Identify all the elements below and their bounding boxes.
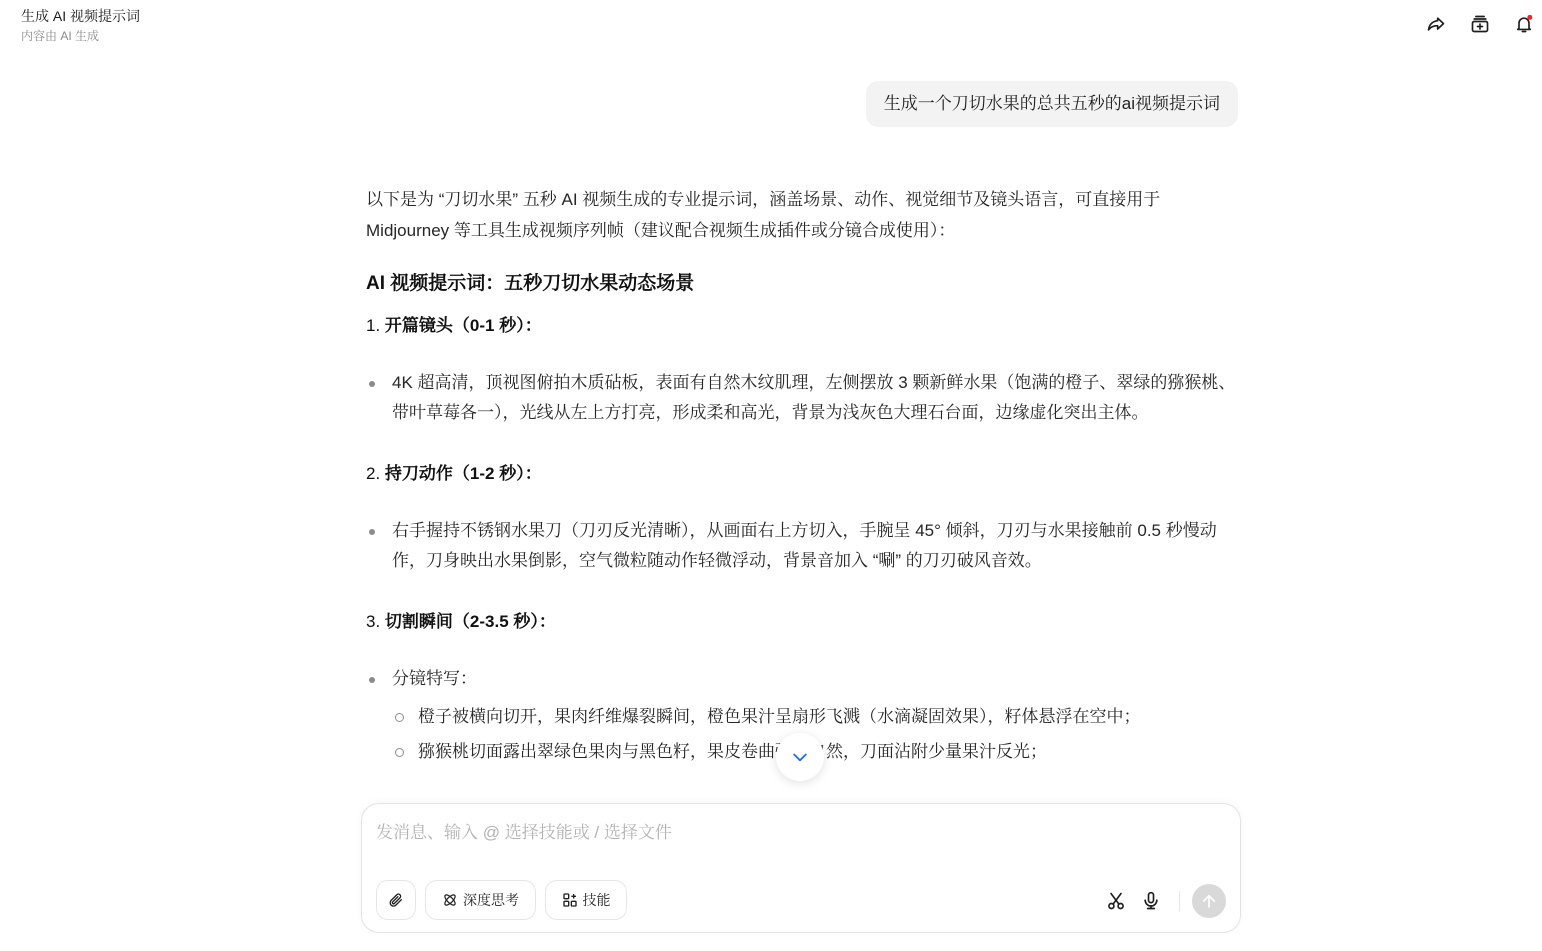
top-bar: 生成 AI 视频提示词 内容由 AI 生成: [0, 0, 1542, 50]
share-icon: [1426, 14, 1446, 34]
notification-button[interactable]: [1510, 10, 1538, 38]
apps-grid-icon: [562, 892, 578, 908]
chat-scroll-area[interactable]: 生成一个刀切水果的总共五秒的ai视频提示词 以下是为 “刀切水果” 五秒 AI …: [0, 50, 1542, 802]
ai-generated-note: 内容由 AI 生成: [21, 28, 99, 44]
skills-button[interactable]: 技能: [545, 880, 627, 920]
new-chat-button[interactable]: [1466, 10, 1494, 38]
conversation-title: 生成 AI 视频提示词: [21, 7, 140, 25]
section-2-list: 右手握持不锈钢水果刀（刀刃反光清晰），从画面右上方切入，手腕呈 45° 倾斜，刀…: [366, 516, 1240, 576]
list-item: 右手握持不锈钢水果刀（刀刃反光清晰），从画面右上方切入，手腕呈 45° 倾斜，刀…: [366, 516, 1240, 576]
screenshot-cut-button[interactable]: [1104, 889, 1128, 913]
answer-intro-line1: 以下是为 “刀切水果” 五秒 AI 视频生成的专业提示词，涵盖场景、动作、视觉细…: [366, 184, 1240, 215]
scissors-icon: [1106, 891, 1126, 911]
microphone-icon: [1141, 891, 1161, 911]
paperclip-icon: [388, 892, 404, 908]
deep-think-button[interactable]: 深度思考: [425, 880, 536, 920]
sub-list-item: 橙子被横向切开，果肉纤维爆裂瞬间，橙色果汁呈扇形飞溅（水滴凝固效果），籽体悬浮在…: [392, 699, 1240, 734]
atom-icon: [442, 892, 458, 908]
share-button[interactable]: [1422, 10, 1450, 38]
section-title-3: 3. 切割瞬间（2-3.5 秒）：: [366, 610, 1240, 634]
scroll-to-bottom-button[interactable]: [776, 733, 824, 781]
section-title-2: 2. 持刀动作（1-2 秒）：: [366, 462, 1240, 486]
message-input[interactable]: [376, 818, 1216, 848]
notification-bell-icon: [1514, 14, 1534, 34]
answer-heading: AI 视频提示词：五秒刀切水果动态场景: [366, 270, 1240, 298]
new-chat-icon: [1470, 14, 1490, 34]
user-message-bubble: 生成一个刀切水果的总共五秒的ai视频提示词: [866, 81, 1238, 127]
toolbar-divider: [1179, 891, 1180, 911]
send-button[interactable]: [1192, 884, 1226, 918]
skills-label: 技能: [583, 890, 611, 910]
deep-think-label: 深度思考: [463, 890, 519, 910]
section-1-list: 4K 超高清，顶视图俯拍木质砧板，表面有自然木纹肌理，左侧摆放 3 颗新鲜水果（…: [366, 368, 1240, 428]
chevron-down-icon: [790, 747, 810, 767]
voice-input-button[interactable]: [1139, 889, 1163, 913]
attach-file-button[interactable]: [376, 880, 416, 920]
arrow-up-icon: [1200, 892, 1218, 910]
assistant-answer: 以下是为 “刀切水果” 五秒 AI 视频生成的专业提示词，涵盖场景、动作、视觉细…: [366, 184, 1240, 769]
list-item: 4K 超高清，顶视图俯拍木质砧板，表面有自然木纹肌理，左侧摆放 3 颗新鲜水果（…: [366, 368, 1240, 428]
message-composer: 深度思考 技能: [361, 803, 1241, 933]
section-title-1: 1. 开篇镜头（0-1 秒）：: [366, 314, 1240, 338]
answer-intro-line2: Midjourney 等工具生成视频序列帧（建议配合视频生成插件或分镜合成使用）…: [366, 215, 1240, 246]
